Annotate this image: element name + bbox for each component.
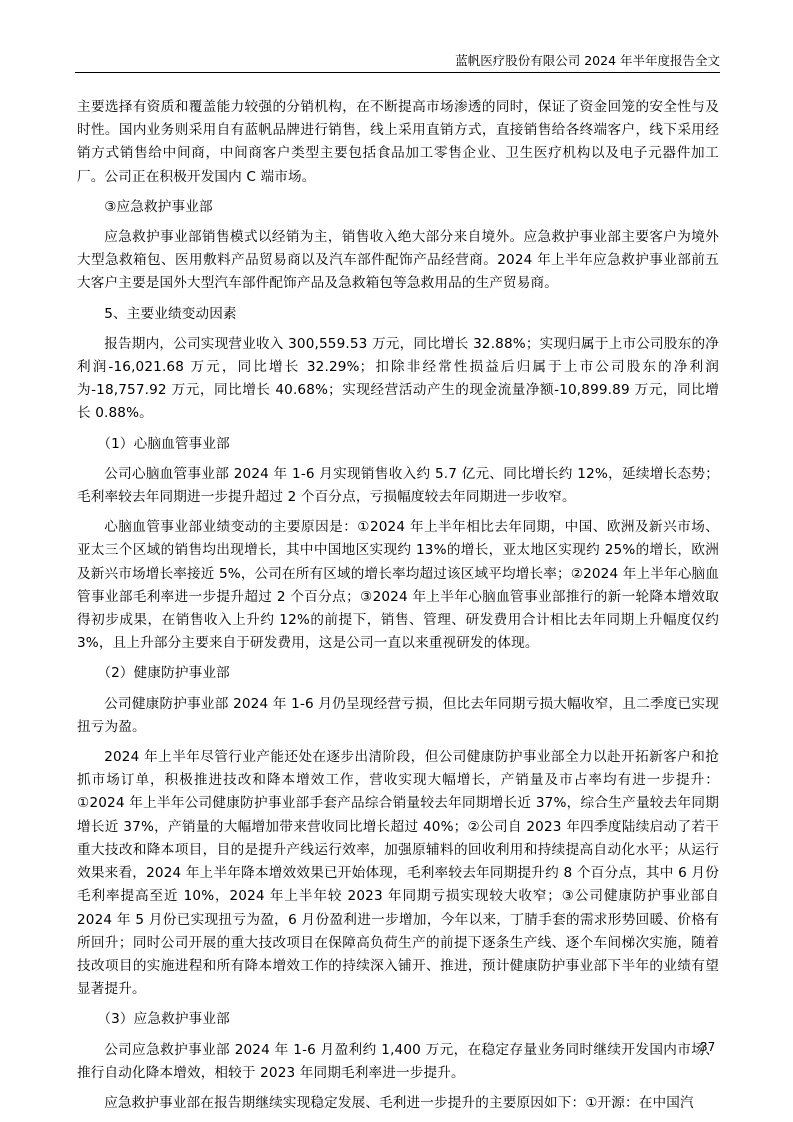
paragraph: 应急救护事业部销售模式以经销为主，销售收入绝大部分来自境外。应急救护事业部主要客… xyxy=(77,226,719,296)
paragraph: 2024 年上半年尽管行业产能还处在逐步出清阶段，但公司健康防护事业部全力以赴开… xyxy=(77,746,719,1001)
paragraph: 公司健康防护事业部 2024 年 1-6 月仍呈现经营亏损，但比去年同期亏损大幅… xyxy=(77,693,719,739)
page-number: 37 xyxy=(700,1040,715,1054)
subsection-heading: （3）应急救护事业部 xyxy=(77,1008,719,1031)
paragraph: 公司心脑血管事业部 2024 年 1-6 月实现销售收入约 5.7 亿元、同比增… xyxy=(77,463,719,509)
header-title: 蓝帆医疗股份有限公司 2024 年半年度报告全文 xyxy=(455,53,720,68)
section-heading: 5、主要业绩变动因素 xyxy=(77,303,719,326)
paragraph: 应急救护事业部在报告期继续实现稳定发展、毛利进一步提升的主要原因如下：①开源：在… xyxy=(77,1092,719,1115)
page-header: 蓝帆医疗股份有限公司 2024 年半年度报告全文 xyxy=(75,52,720,73)
page-number-text: 37 xyxy=(700,1040,715,1054)
subsection-heading: （1）心脑血管事业部 xyxy=(77,433,719,456)
subsection-heading: （2）健康防护事业部 xyxy=(77,662,719,685)
section-heading: ③应急救护事业部 xyxy=(77,196,719,219)
document-body: 主要选择有资质和覆盖能力较强的分销机构，在不断提高市场渗透的同时，保证了资金回笼… xyxy=(77,96,719,1122)
paragraph: 报告期内，公司实现营业收入 300,559.53 万元，同比增长 32.88%；… xyxy=(77,333,719,426)
paragraph: 心脑血管事业部业绩变动的主要原因是：①2024 年上半年相比去年同期，中国、欧洲… xyxy=(77,516,719,655)
paragraph: 公司应急救护事业部 2024 年 1-6 月盈利约 1,400 万元，在稳定存量… xyxy=(77,1039,719,1085)
paragraph: 主要选择有资质和覆盖能力较强的分销机构，在不断提高市场渗透的同时，保证了资金回笼… xyxy=(77,96,719,189)
